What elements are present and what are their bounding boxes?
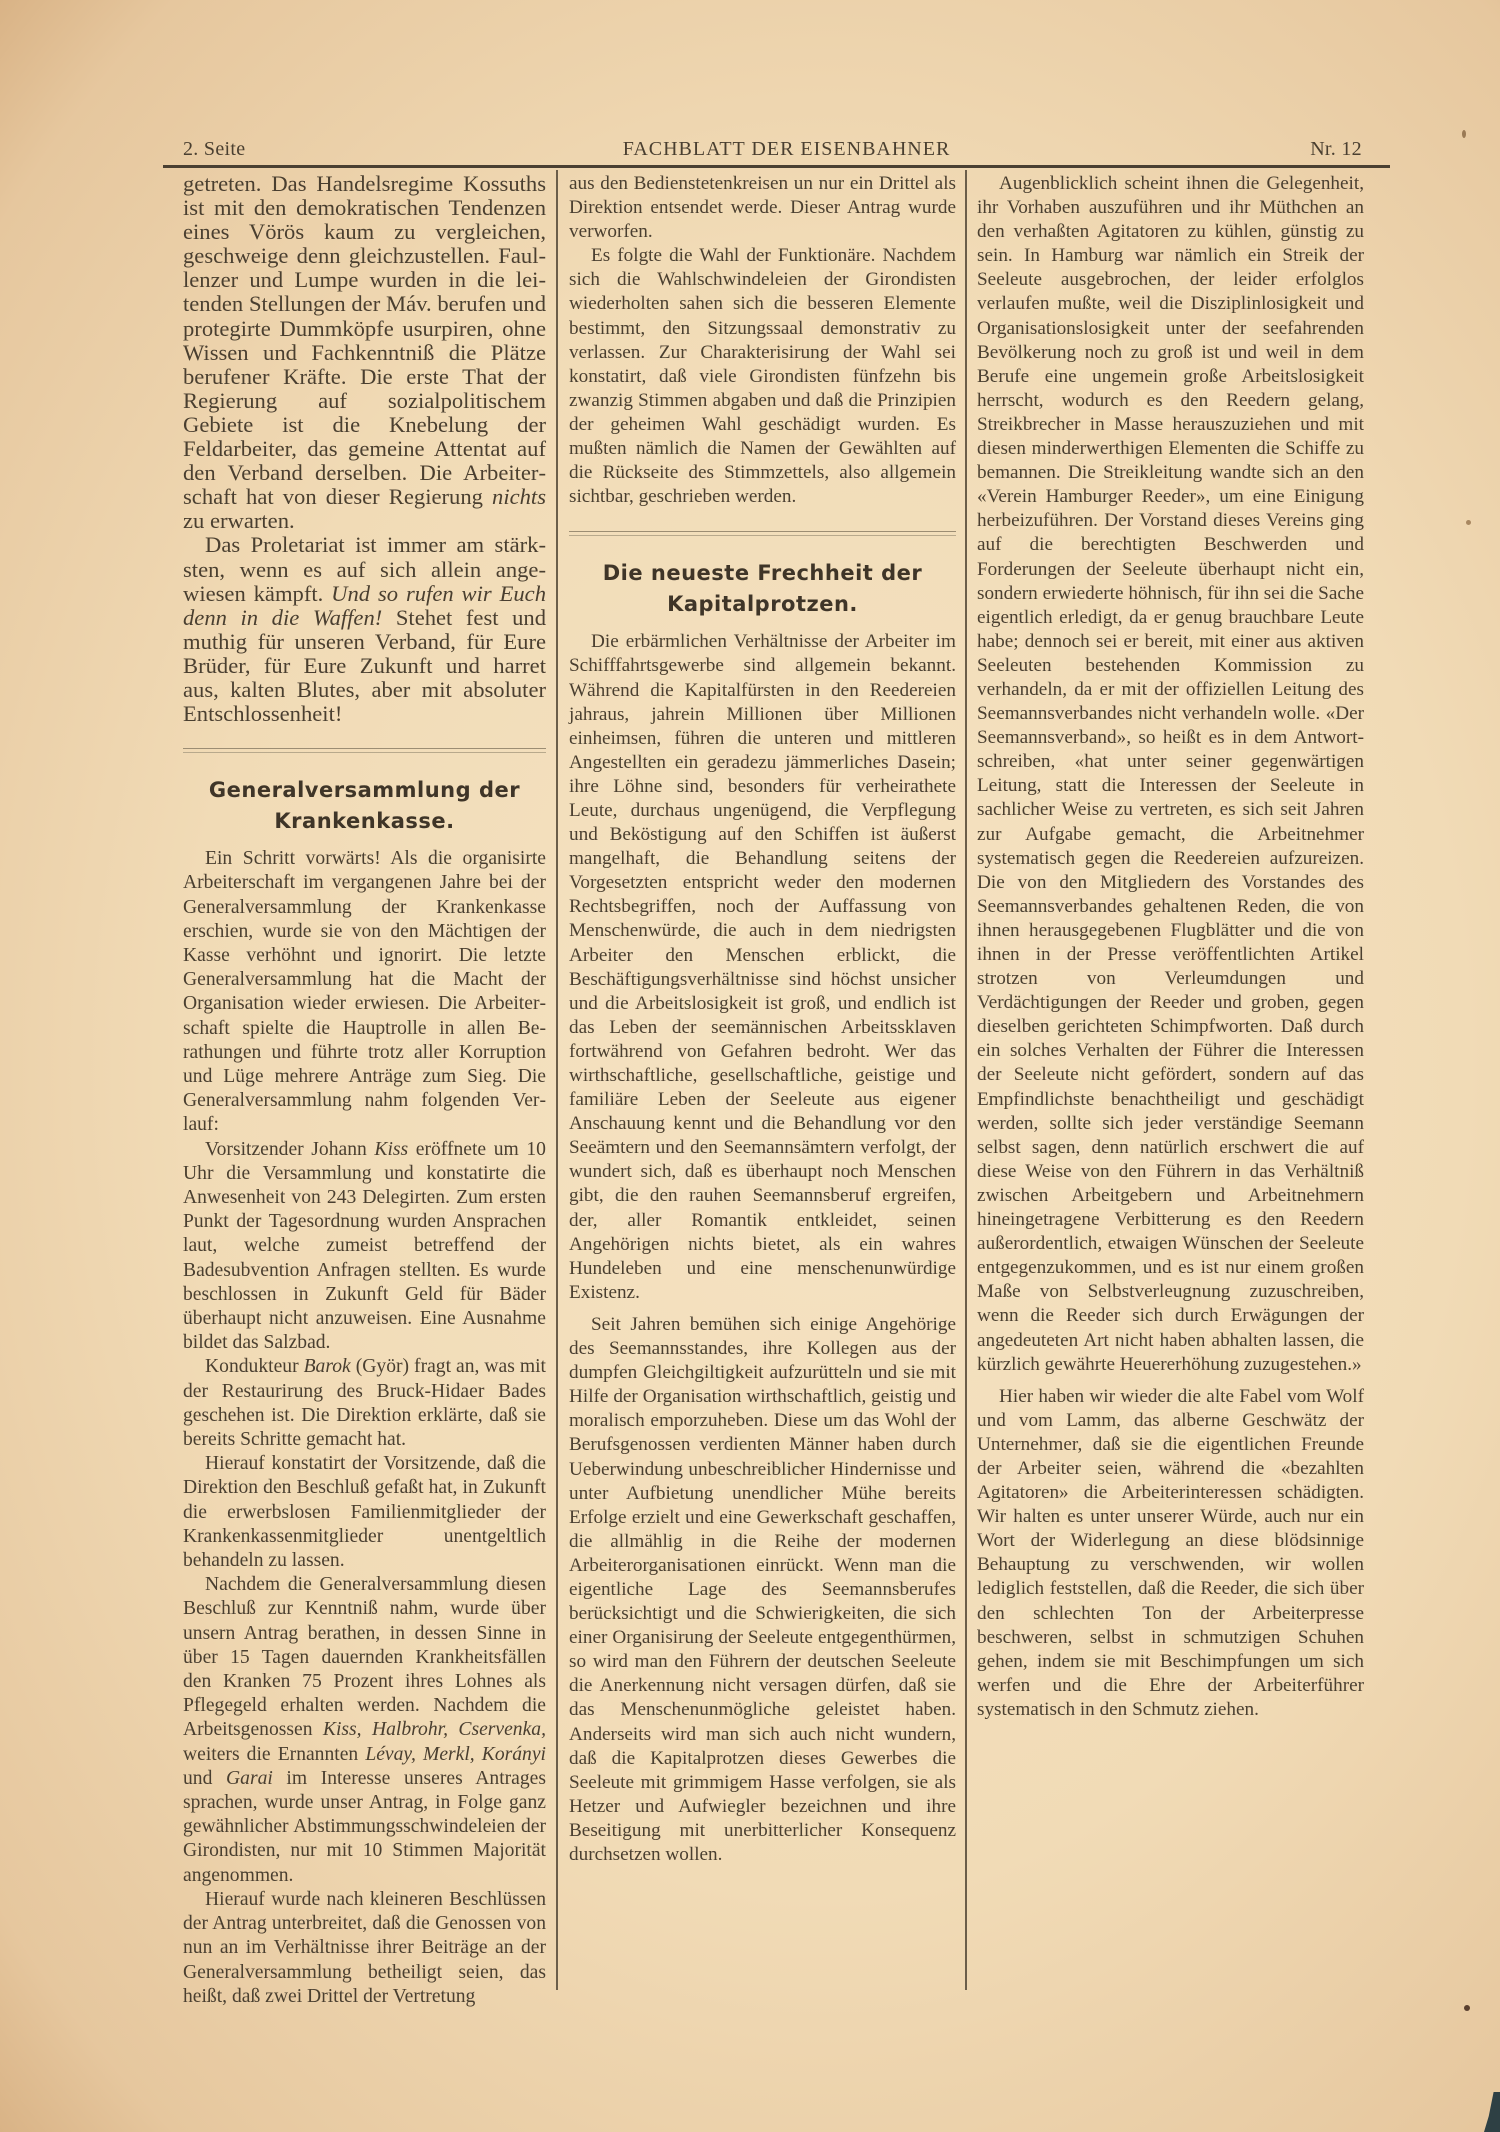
paper-spot xyxy=(1464,2005,1470,2011)
paragraph: Die erbärmlichen Verhältnisse der Arbeit… xyxy=(569,630,956,1305)
column-divider-right xyxy=(965,170,967,1990)
torn-corner xyxy=(1484,2092,1500,2132)
paragraph: aus den Bedienstetenkreisen un nur ein D… xyxy=(569,172,956,244)
paragraph: Ein Schritt vorwärts! Als die organisirt… xyxy=(183,847,546,1137)
paragraph: Vorsitzender Johann Kiss eröffnete um 10… xyxy=(183,1138,546,1356)
paragraph: Seit Jahren bemühen sich einige Ange­hör… xyxy=(569,1313,956,1867)
publication-title: FACHBLATT DER EISENBAHNER xyxy=(183,138,1390,161)
article-separator xyxy=(569,531,956,536)
paragraph: Hierauf wurde nach kleineren Beschlüssen… xyxy=(183,1888,546,2009)
column-1: getreten. Das Handelsregime Kossuths ist… xyxy=(183,172,546,2009)
paragraph: Hier haben wir wieder die alte Fabel vom… xyxy=(977,1385,1364,1722)
page-header: 2. Seite FACHBLATT DER EISENBAHNER Nr. 1… xyxy=(183,136,1390,166)
article-title-kapitalprotzen: Die neueste Frechheit der Kapitalprotzen… xyxy=(569,558,956,620)
paragraph: Das Proletariat ist immer am stärk­sten,… xyxy=(183,533,546,726)
column-3: Augenblicklich scheint ihnen die Gelegen… xyxy=(977,172,1364,1722)
article-separator xyxy=(183,748,546,753)
paragraph: getreten. Das Handelsregime Kossuths ist… xyxy=(183,172,546,533)
paragraph: Nachdem die Generalversammlung diesen Be… xyxy=(183,1573,546,1888)
header-rule xyxy=(163,165,1390,168)
paragraph: Hierauf konstatirt der Vorsitzende, daß … xyxy=(183,1452,546,1573)
column-2: aus den Bedienstetenkreisen un nur ein D… xyxy=(569,172,956,1867)
article-title-krankenkasse: Generalversammlung der Krankenkasse. xyxy=(183,775,546,837)
paragraph: Augenblicklich scheint ihnen die Gelegen… xyxy=(977,172,1364,1377)
paper-spot xyxy=(1466,520,1471,525)
paper-spot xyxy=(1462,130,1466,138)
newspaper-page: 2. Seite FACHBLATT DER EISENBAHNER Nr. 1… xyxy=(0,0,1500,2132)
column-divider-left xyxy=(556,170,558,1990)
issue-number: Nr. 12 xyxy=(1310,138,1362,161)
closing-appeal: getreten. Das Handelsregime Kossuths ist… xyxy=(183,172,546,726)
paragraph: Es folgte die Wahl der Funktionäre. Nach… xyxy=(569,244,956,509)
paragraph: Kondukteur Barok (Györ) fragt an, was mi… xyxy=(183,1355,546,1452)
